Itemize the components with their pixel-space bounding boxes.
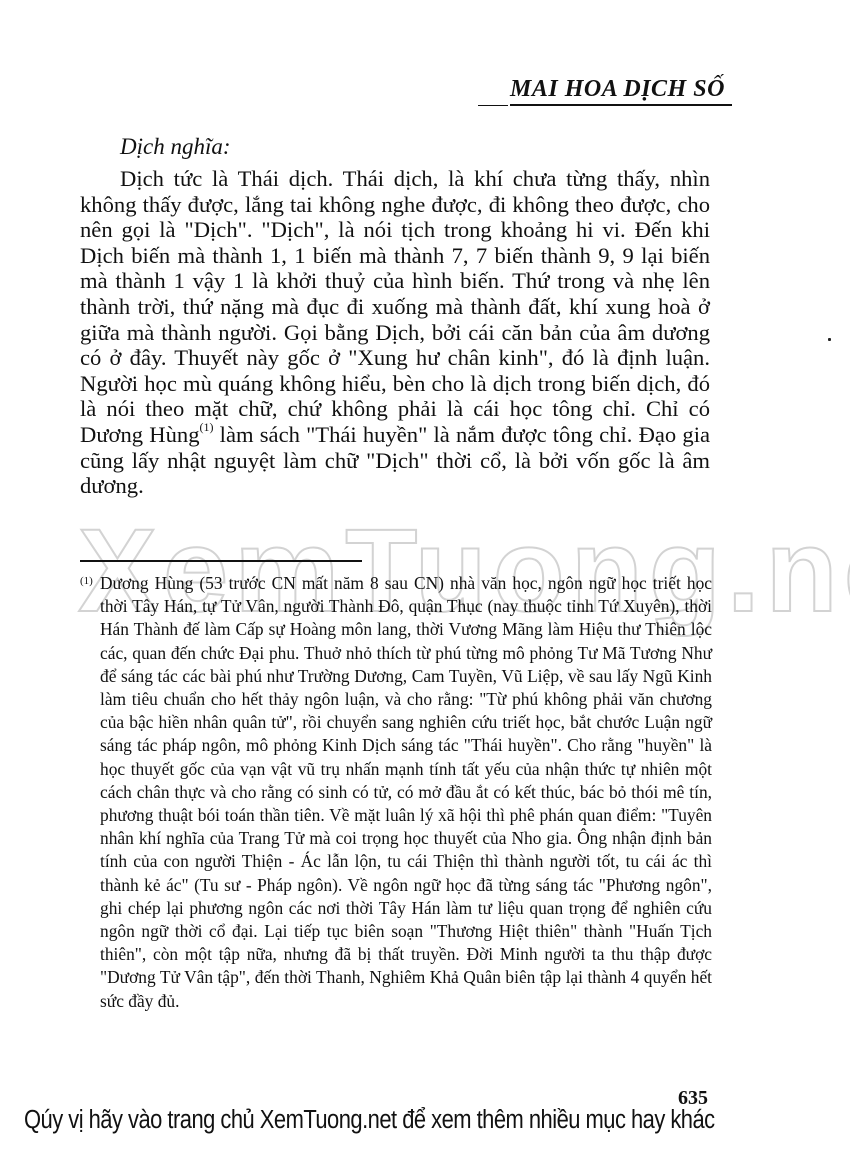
running-header-title: MAI HOA DỊCH SỐ (510, 76, 732, 103)
header-rule-left (478, 105, 508, 106)
site-promo-link[interactable]: Qúy vị hãy vào trang chủ XemTuong.net để… (24, 1106, 715, 1135)
footnote: (1) Dương Hùng (53 trước CN mất năm 8 sa… (80, 572, 712, 1013)
body-paragraph-container: Dịch tức là Thái dịch. Thái dịch, là khí… (80, 166, 710, 499)
body-paragraph: Dịch tức là Thái dịch. Thái dịch, là khí… (80, 166, 710, 499)
section-subheading: Dịch nghĩa: (120, 134, 231, 160)
footnote-separator (80, 560, 362, 562)
scan-speck (828, 338, 831, 341)
header-underline (510, 104, 732, 106)
footnote-marker: (1) (80, 570, 93, 593)
body-text-part-1: Dịch tức là Thái dịch. Thái dịch, là khí… (80, 166, 710, 447)
footnote-text: Dương Hùng (53 trước CN mất năm 8 sau CN… (100, 573, 712, 1011)
footnote-reference[interactable]: (1) (200, 420, 214, 434)
